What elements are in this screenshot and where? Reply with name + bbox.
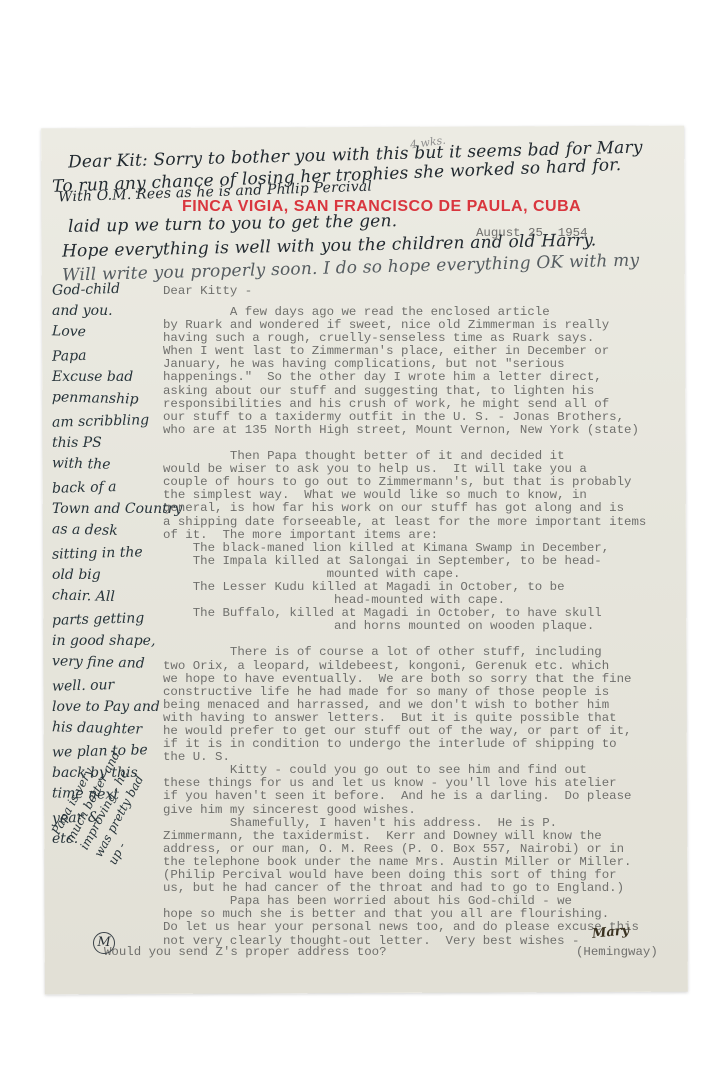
margin-line: Papa xyxy=(52,342,183,367)
margin-line: back of a xyxy=(52,474,183,499)
margin-line: am scribbling xyxy=(52,408,183,433)
body-line: There is of course a lot of other stuff,… xyxy=(163,646,646,659)
body-line: The Impala killed at Salongai in Septemb… xyxy=(163,555,646,568)
body-line: asking about our stuff and suggesting th… xyxy=(163,385,646,398)
body-line: give him my sincerest good wishes. xyxy=(163,804,646,817)
initial-m-circled: M xyxy=(93,932,115,954)
margin-line: sitting in the xyxy=(52,540,183,565)
margin-line: Town and Country xyxy=(52,498,182,520)
body-line: our stuff to a taxidermy outfit in the U… xyxy=(163,411,646,424)
body-line: Zimmermann, the taxidermist. Kerr and Do… xyxy=(163,830,646,843)
body-line: Shamefully, I haven't his address. He is… xyxy=(163,817,646,830)
margin-line: love to Pay and xyxy=(52,696,182,718)
body-line: if you haven't seen it before. And he is… xyxy=(163,790,646,803)
body-line: being menaced and harrassed, and we don'… xyxy=(163,699,646,712)
margin-line: well. our xyxy=(52,672,183,697)
body-line: two Orix, a leopard, wildebeest, kongoni… xyxy=(163,660,646,673)
body-line: and horns mounted on wooden plaque. xyxy=(163,620,646,633)
body-line: we hope to have eventually. We are both … xyxy=(163,673,646,686)
margin-line: God-child xyxy=(52,276,183,301)
body-line: a shipping date forseeable, at least for… xyxy=(163,516,646,529)
body-line: responsibilities and his crush of work, … xyxy=(163,398,646,411)
margin-line: and you. xyxy=(52,300,182,322)
body-line: address, or our man, O. M. Rees (P. O. B… xyxy=(163,843,646,856)
margin-line: old big xyxy=(52,564,182,586)
margin-line: in good shape, xyxy=(52,630,182,652)
body-line: general, is how far his work on our stuf… xyxy=(163,502,646,515)
body-line: Do let us hear your personal news too, a… xyxy=(163,921,646,934)
letter-body: A few days ago we read the enclosed arti… xyxy=(163,306,646,948)
margin-line: Excuse bad xyxy=(52,366,182,388)
body-line: mounted with cape. xyxy=(163,568,646,581)
body-line: of it. The more important items are: xyxy=(163,529,646,542)
margin-line: parts getting xyxy=(52,606,183,631)
body-line: who are at 135 North High street, Mount … xyxy=(163,424,646,437)
typed-postscript: Would you send Z's proper address too? xyxy=(104,946,387,959)
margin-line: this PS xyxy=(52,432,182,454)
body-line: The black-maned lion killed at Kimana Sw… xyxy=(163,542,646,555)
body-line: constructive life he had made for so man… xyxy=(163,686,646,699)
body-line: if it is in condition to undergo the int… xyxy=(163,738,646,751)
body-line: happenings." So the other day I wrote hi… xyxy=(163,371,646,384)
typed-signature: (Hemingway) xyxy=(576,946,658,959)
